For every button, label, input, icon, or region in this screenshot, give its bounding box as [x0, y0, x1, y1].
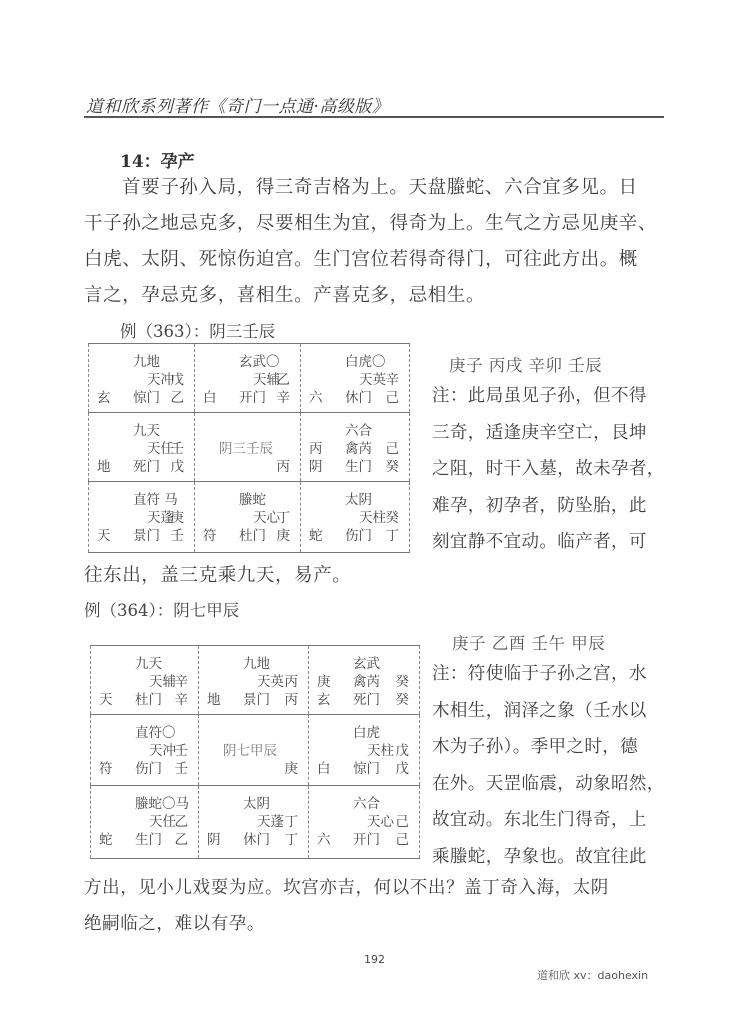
palace-star: 天任 — [149, 810, 176, 830]
palace-god: 九地 — [243, 652, 270, 672]
palace-star-stem: 癸 — [386, 506, 400, 526]
palace-star-stem: 乙 — [175, 810, 189, 830]
palace-center: 阴三壬辰 丙 — [194, 413, 300, 481]
palace-star: 天心 — [367, 810, 394, 830]
palace-door: 生门 — [135, 828, 162, 848]
palace-star: 天辅 — [149, 670, 176, 690]
intro-line: 白虎、太阴、死惊伤迫宫。生门宫位若得奇得门，可往此方出。概 — [84, 242, 674, 278]
palace-door-stem: 丙 — [285, 688, 299, 708]
palace-deity: 天 — [97, 524, 111, 544]
four-pillars-363: 庚子 丙戌 辛卯 壬辰 — [449, 352, 602, 376]
palace-gen: 直符 马 天蓬 庚 天 景门 壬 — [88, 482, 194, 552]
example-364-title: 例（364）：阴七甲辰 — [84, 597, 239, 621]
palace-xun: 九地 天冲 戊 玄 惊门 乙 — [88, 344, 194, 412]
chart-row: 九天 天辅 辛 天 杜门 辛 九地 天英 丙 地 景门 丙 玄武 庚 禽芮 癸 … — [90, 646, 420, 715]
palace-door: 惊门 — [133, 386, 160, 406]
intro-line: 言之，孕忌克多，喜相生。产喜克多，忌相生。 — [84, 278, 674, 314]
palace-god: 螣蛇〇马 — [135, 792, 189, 812]
palace-qian: 六合 天心 己 六 开门 己 — [308, 786, 420, 858]
palace-star-prefix: 庚 — [317, 670, 331, 690]
palace-door: 开门 — [353, 828, 380, 848]
palace-star-stem: 己 — [386, 437, 400, 457]
palace-door-stem: 己 — [386, 386, 400, 406]
palace-star-stem: 辛 — [175, 670, 189, 690]
palace-deity: 阴 — [207, 828, 221, 848]
palace-door-stem: 辛 — [277, 386, 291, 406]
palace-deity: 天 — [99, 688, 113, 708]
palace-deity: 地 — [207, 688, 221, 708]
palace-door-stem: 己 — [396, 828, 410, 848]
palace-star-stem: 辛 — [386, 368, 400, 388]
palace-god: 直符〇 — [135, 721, 176, 741]
chart-row: 螣蛇〇马 天任 乙 蛇 生门 乙 太阴 天蓬 丁 阴 休门 丁 六合 天心 己 … — [90, 786, 420, 858]
example-363-title: 例（363）：阴三壬辰 — [120, 318, 275, 342]
palace-door: 死门 — [353, 688, 380, 708]
example-363-continuation: 往东出，盖三克乘九天，易产。 — [84, 558, 674, 594]
palace-star: 天冲 — [149, 739, 176, 759]
note-line: 故宜动。东北生门得奇，上 — [432, 802, 702, 839]
palace-star-stem: 庚 — [171, 506, 185, 526]
palace-door: 伤门 — [135, 757, 162, 777]
chart-row: 九天 天任 壬 地 死门 戊 阴三壬辰 丙 六合 丙 禽芮 己 阴 生门 癸 — [88, 413, 410, 482]
palace-kun: 白虎〇 天英 辛 六 休门 己 — [300, 344, 410, 412]
example-364-note: 注：符使临于子孙之宫，水 木相生，润泽之象（壬水以 木为子孙）。季甲之时，德 在… — [432, 656, 702, 875]
palace-star-stem: 己 — [396, 810, 410, 830]
note-line: 难孕，初孕者，防坠胎，此 — [432, 488, 702, 525]
intro-paragraph: 首要子孙入局，得三奇吉格为上。天盘螣蛇、六合宜多见。日 干子孙之地忌克多，尽要相… — [84, 170, 674, 314]
palace-deity: 玄 — [317, 688, 331, 708]
palace-deity: 蛇 — [99, 828, 113, 848]
palace-star: 禽芮 — [345, 437, 372, 457]
palace-deity: 六 — [309, 386, 323, 406]
example-number: 例（364）： — [84, 601, 173, 620]
palace-door: 开门 — [239, 386, 266, 406]
palace-god: 太阴 — [243, 792, 270, 812]
palace-door-stem: 丁 — [285, 828, 299, 848]
palace-star: 天柱 — [359, 506, 386, 526]
palace-star-stem: 癸 — [396, 670, 410, 690]
chart-row: 直符 马 天蓬 庚 天 景门 壬 螣蛇 天心 丁 符 杜门 庚 太阴 天柱 癸 … — [88, 482, 410, 552]
four-pillars-364: 庚子 乙酉 壬午 甲辰 — [452, 630, 605, 654]
palace-door: 休门 — [243, 828, 270, 848]
palace-dui: 六合 丙 禽芮 己 阴 生门 癸 — [300, 413, 410, 481]
palace-deity: 六 — [317, 828, 331, 848]
page-number: 192 — [364, 953, 385, 966]
palace-door-stem: 庚 — [277, 524, 291, 544]
palace-star: 天蓬 — [257, 810, 284, 830]
palace-door: 伤门 — [345, 524, 372, 544]
chart-row: 九地 天冲 戊 玄 惊门 乙 玄武〇 天辅 乙 白 开门 辛 白虎〇 天英 辛 … — [88, 344, 410, 413]
palace-star: 天英 — [359, 368, 386, 388]
palace-god: 九地 — [133, 350, 160, 370]
palace-door-stem: 癸 — [396, 688, 410, 708]
palace-star-stem: 戊 — [396, 739, 410, 759]
palace-door: 死门 — [133, 455, 160, 475]
palace-god: 太阴 — [345, 488, 372, 508]
note-line: 木相生，润泽之象（壬水以 — [432, 693, 702, 730]
center-palace-stem: 庚 — [285, 757, 299, 777]
palace-god: 玄武 — [353, 652, 380, 672]
continuation-line: 方出，见小儿戏耍为应。坎宫亦吉，何以不出？盖丁奇入海，太阴 — [84, 870, 674, 906]
intro-line-text: 首要子孙入局，得三奇吉格为上。天盘螣蛇、六合宜多见。日 — [122, 177, 638, 198]
note-line: 三奇，适逢庚辛空亡，艮坤 — [432, 415, 702, 452]
palace-door-stem: 壬 — [171, 524, 185, 544]
note-line: 在外。天罡临震，动象昭然， — [432, 766, 702, 803]
palace-door-stem: 辛 — [175, 688, 189, 708]
palace-god: 六合 — [345, 419, 372, 439]
palace-kan: 太阴 天蓬 丁 阴 休门 丁 — [198, 786, 308, 858]
center-palace-label: 阴七甲辰 — [223, 739, 277, 759]
palace-door-stem: 乙 — [175, 828, 189, 848]
palace-god: 九天 — [133, 419, 160, 439]
running-header-title: 道和欣系列著作《奇门一点通·高级版》 — [86, 92, 389, 117]
palace-deity: 地 — [97, 455, 111, 475]
palace-star-stem: 乙 — [277, 368, 291, 388]
palace-center: 阴七甲辰 庚 — [198, 715, 308, 785]
palace-door: 生门 — [345, 455, 372, 475]
palace-qian: 太阴 天柱 癸 蛇 伤门 丁 — [300, 482, 410, 552]
palace-door: 惊门 — [353, 757, 380, 777]
palace-deity: 符 — [203, 524, 217, 544]
center-palace-label: 阴三壬辰 — [219, 437, 273, 457]
palace-god: 六合 — [353, 792, 380, 812]
example-number: 例（363）： — [120, 322, 209, 341]
palace-kan: 螣蛇 天心 丁 符 杜门 庚 — [194, 482, 300, 552]
palace-god: 直符 马 — [133, 488, 178, 508]
palace-star-stem: 丁 — [285, 810, 299, 830]
palace-star-stem: 丁 — [277, 506, 291, 526]
palace-gen: 螣蛇〇马 天任 乙 蛇 生门 乙 — [90, 786, 198, 858]
note-line: 注：符使临于子孙之宫，水 — [432, 656, 702, 693]
example-364-continuation: 方出，见小儿戏耍为应。坎宫亦吉，何以不出？盖丁奇入海，太阴 绝嗣临之，难以有孕。 — [84, 870, 674, 942]
palace-door: 休门 — [345, 386, 372, 406]
palace-door-stem: 丁 — [386, 524, 400, 544]
palace-deity: 阴 — [309, 455, 323, 475]
palace-star: 禽芮 — [353, 670, 380, 690]
qimen-chart-363: 九地 天冲 戊 玄 惊门 乙 玄武〇 天辅 乙 白 开门 辛 白虎〇 天英 辛 … — [88, 343, 410, 553]
palace-deity: 符 — [99, 757, 113, 777]
continuation-line: 绝嗣临之，难以有孕。 — [84, 906, 674, 942]
palace-star-prefix: 丙 — [309, 437, 323, 457]
palace-door: 景门 — [133, 524, 160, 544]
example-name: 阴三壬辰 — [209, 322, 275, 341]
palace-star: 天英 — [257, 670, 284, 690]
palace-door: 杜门 — [239, 524, 266, 544]
palace-door-stem: 戊 — [171, 455, 185, 475]
palace-dui: 白虎 天柱 戊 白 惊门 戊 — [308, 715, 420, 785]
palace-li: 玄武〇 天辅 乙 白 开门 辛 — [194, 344, 300, 412]
palace-deity: 白 — [317, 757, 331, 777]
header-divider — [84, 116, 664, 118]
example-name: 阴七甲辰 — [173, 601, 239, 620]
section-title: 14：孕产 — [120, 147, 195, 172]
note-line: 之阻，时干入墓，故未孕者， — [432, 451, 702, 488]
note-line: 木为子孙）。季甲之时，德 — [432, 729, 702, 766]
qimen-chart-364: 九天 天辅 辛 天 杜门 辛 九地 天英 丙 地 景门 丙 玄武 庚 禽芮 癸 … — [90, 645, 420, 859]
palace-god: 螣蛇 — [239, 488, 266, 508]
chart-row: 直符〇 天冲 壬 符 伤门 壬 阴七甲辰 庚 白虎 天柱 戊 白 惊门 戊 — [90, 715, 420, 786]
center-palace-stem: 丙 — [277, 455, 291, 475]
palace-deity: 蛇 — [309, 524, 323, 544]
palace-door: 景门 — [243, 688, 270, 708]
palace-star-stem: 壬 — [171, 437, 185, 457]
example-363-note: 注：此局虽见子孙，但不得 三奇，适逢庚辛空亡，艮坤 之阻，时干入墓，故未孕者， … — [432, 378, 702, 561]
palace-door-stem: 壬 — [175, 757, 189, 777]
palace-star-stem: 戊 — [171, 368, 185, 388]
palace-deity: 白 — [203, 386, 217, 406]
palace-zhen: 九天 天任 壬 地 死门 戊 — [88, 413, 194, 481]
palace-li: 九地 天英 丙 地 景门 丙 — [198, 646, 308, 714]
palace-star: 天柱 — [367, 739, 394, 759]
palace-door-stem: 戊 — [396, 757, 410, 777]
palace-deity: 玄 — [97, 386, 111, 406]
footer-watermark: 道和欣 xv：daohexin — [537, 967, 648, 983]
intro-line: 干子孙之地忌克多，尽要相生为宜，得奇为上。生气之方忌见庚辛、 — [84, 206, 674, 242]
palace-xun: 九天 天辅 辛 天 杜门 辛 — [90, 646, 198, 714]
palace-door-stem: 癸 — [386, 455, 400, 475]
note-line: 注：此局虽见子孙，但不得 — [432, 378, 702, 415]
palace-god: 玄武〇 — [239, 350, 280, 370]
palace-kun: 玄武 庚 禽芮 癸 玄 死门 癸 — [308, 646, 420, 714]
palace-star-stem: 丙 — [285, 670, 299, 690]
note-line: 刻宜静不宜动。临产者，可 — [432, 524, 702, 561]
palace-god: 白虎 — [353, 721, 380, 741]
palace-star-stem: 壬 — [175, 739, 189, 759]
palace-god: 白虎〇 — [345, 350, 386, 370]
palace-door-stem: 乙 — [171, 386, 185, 406]
palace-door: 杜门 — [135, 688, 162, 708]
palace-god: 九天 — [135, 652, 162, 672]
intro-line: 首要子孙入局，得三奇吉格为上。天盘螣蛇、六合宜多见。日 — [84, 170, 674, 206]
palace-zhen: 直符〇 天冲 壬 符 伤门 壬 — [90, 715, 198, 785]
